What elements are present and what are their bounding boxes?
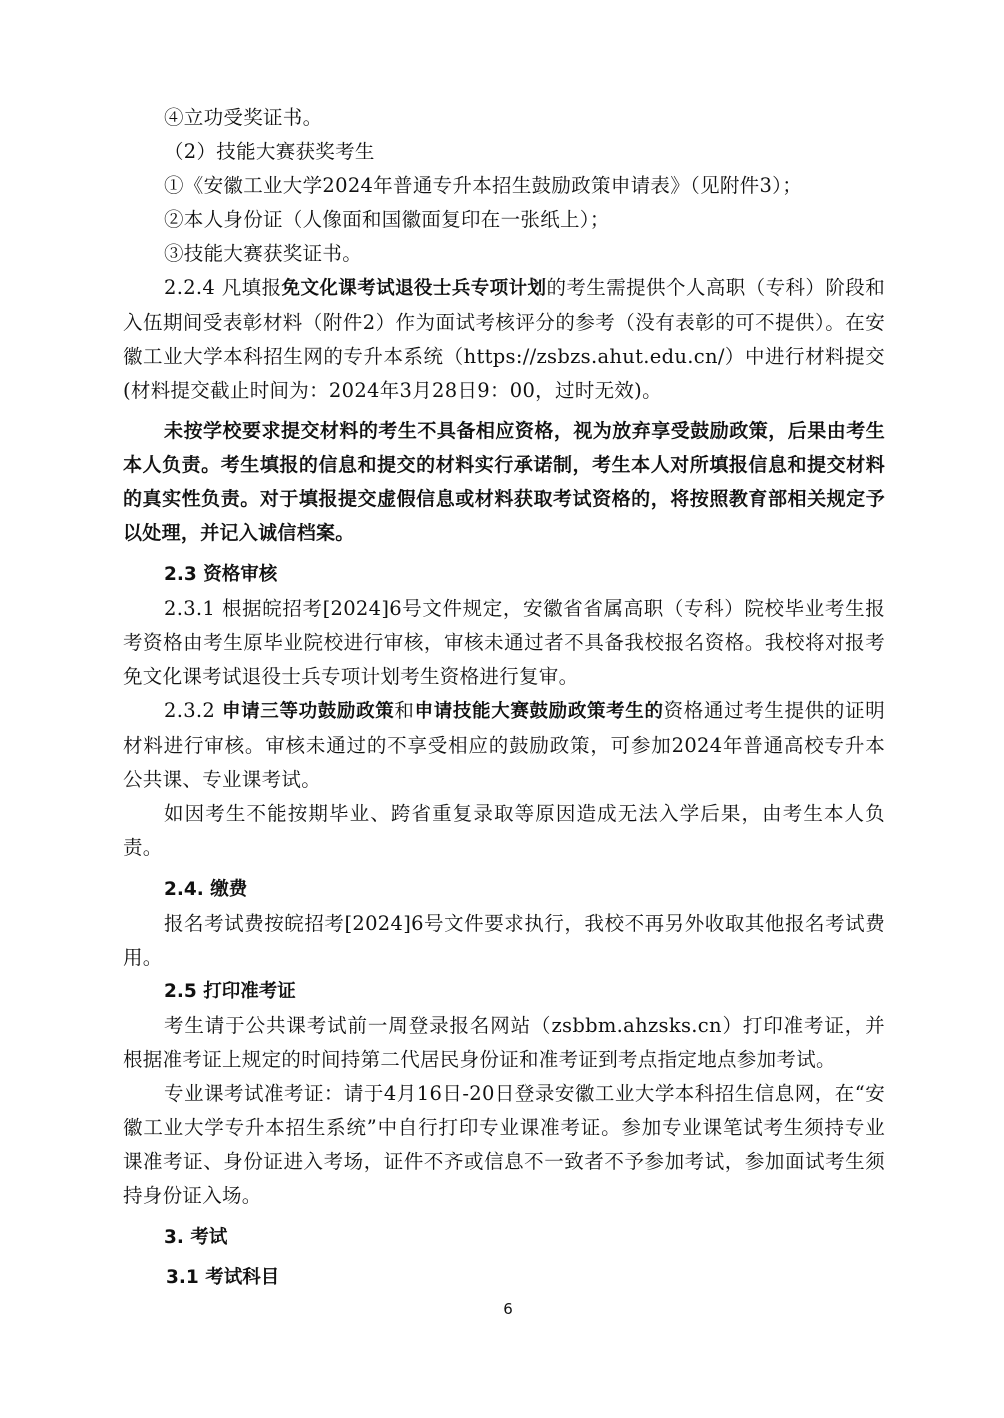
paragraph-2-2-4: 2.2.4 凡填报免文化课考试退役士兵专项计划的考生需提供个人高职（专科）阶段和… bbox=[123, 271, 885, 408]
paragraph-admission-ticket-major: 专业课考试准考证：请于4月16日-20日登录安徽工业大学本科招生信息网，在“安徽… bbox=[123, 1077, 885, 1213]
heading-2-5: 2.5 打印准考证 bbox=[123, 975, 885, 1009]
para-conjunction: 和 bbox=[394, 699, 414, 722]
paragraph-admission-ticket-public: 考生请于公共课考试前一周登录报名网站（zsbbm.ahzsks.cn）打印准考证… bbox=[123, 1009, 885, 1077]
warning-paragraph: 未按学校要求提交材料的考生不具备相应资格，视为放弃享受鼓励政策，后果由考生本人负… bbox=[123, 414, 885, 550]
heading-2-3: 2.3 资格审核 bbox=[123, 558, 885, 592]
bold-veteran-plan: 免文化课考试退役士兵专项计划 bbox=[282, 278, 547, 299]
bold-skill-policy: 申请技能大赛鼓励政策考生的 bbox=[415, 701, 664, 722]
para-prefix: 2.2.4 凡填报 bbox=[164, 276, 282, 299]
page-content: ④立功受奖证书。 （2）技能大赛获奖考生 ①《安徽工业大学2024年普通专升本招… bbox=[123, 101, 885, 1295]
document-page: ④立功受奖证书。 （2）技能大赛获奖考生 ①《安徽工业大学2024年普通专升本招… bbox=[0, 0, 1004, 1418]
bold-merit-policy: 申请三等功鼓励政策 bbox=[222, 701, 394, 722]
list-item-award-certificate: ④立功受奖证书。 bbox=[123, 101, 885, 135]
paragraph-enrollment-note: 如因考生不能按期毕业、跨省重复录取等原因造成无法入学后果，由考生本人负责。 bbox=[123, 797, 885, 865]
paragraph-2-3-2: 2.3.2 申请三等功鼓励政策和申请技能大赛鼓励政策考生的资格通过考生提供的证明… bbox=[123, 694, 885, 797]
heading-3: 3. 考试 bbox=[123, 1221, 885, 1255]
heading-3-1: 3.1 考试科目 bbox=[123, 1261, 885, 1295]
subsection-title-skill-contest: （2）技能大赛获奖考生 bbox=[123, 135, 885, 169]
heading-2-4: 2.4. 缴费 bbox=[123, 873, 885, 907]
list-item-application-form: ①《安徽工业大学2024年普通专升本招生鼓励政策申请表》（见附件3）； bbox=[123, 169, 885, 203]
para-prefix: 2.3.2 bbox=[164, 699, 222, 722]
list-item-id-card: ②本人身份证（人像面和国徽面复印在一张纸上）； bbox=[123, 203, 885, 237]
page-number: 6 bbox=[0, 1300, 1004, 1318]
list-item-contest-certificate: ③技能大赛获奖证书。 bbox=[123, 237, 885, 271]
paragraph-fee: 报名考试费按皖招考[2024]6号文件要求执行，我校不再另外收取其他报名考试费用… bbox=[123, 907, 885, 975]
paragraph-2-3-1: 2.3.1 根据皖招考[2024]6号文件规定，安徽省省属高职（专科）院校毕业考… bbox=[123, 592, 885, 694]
